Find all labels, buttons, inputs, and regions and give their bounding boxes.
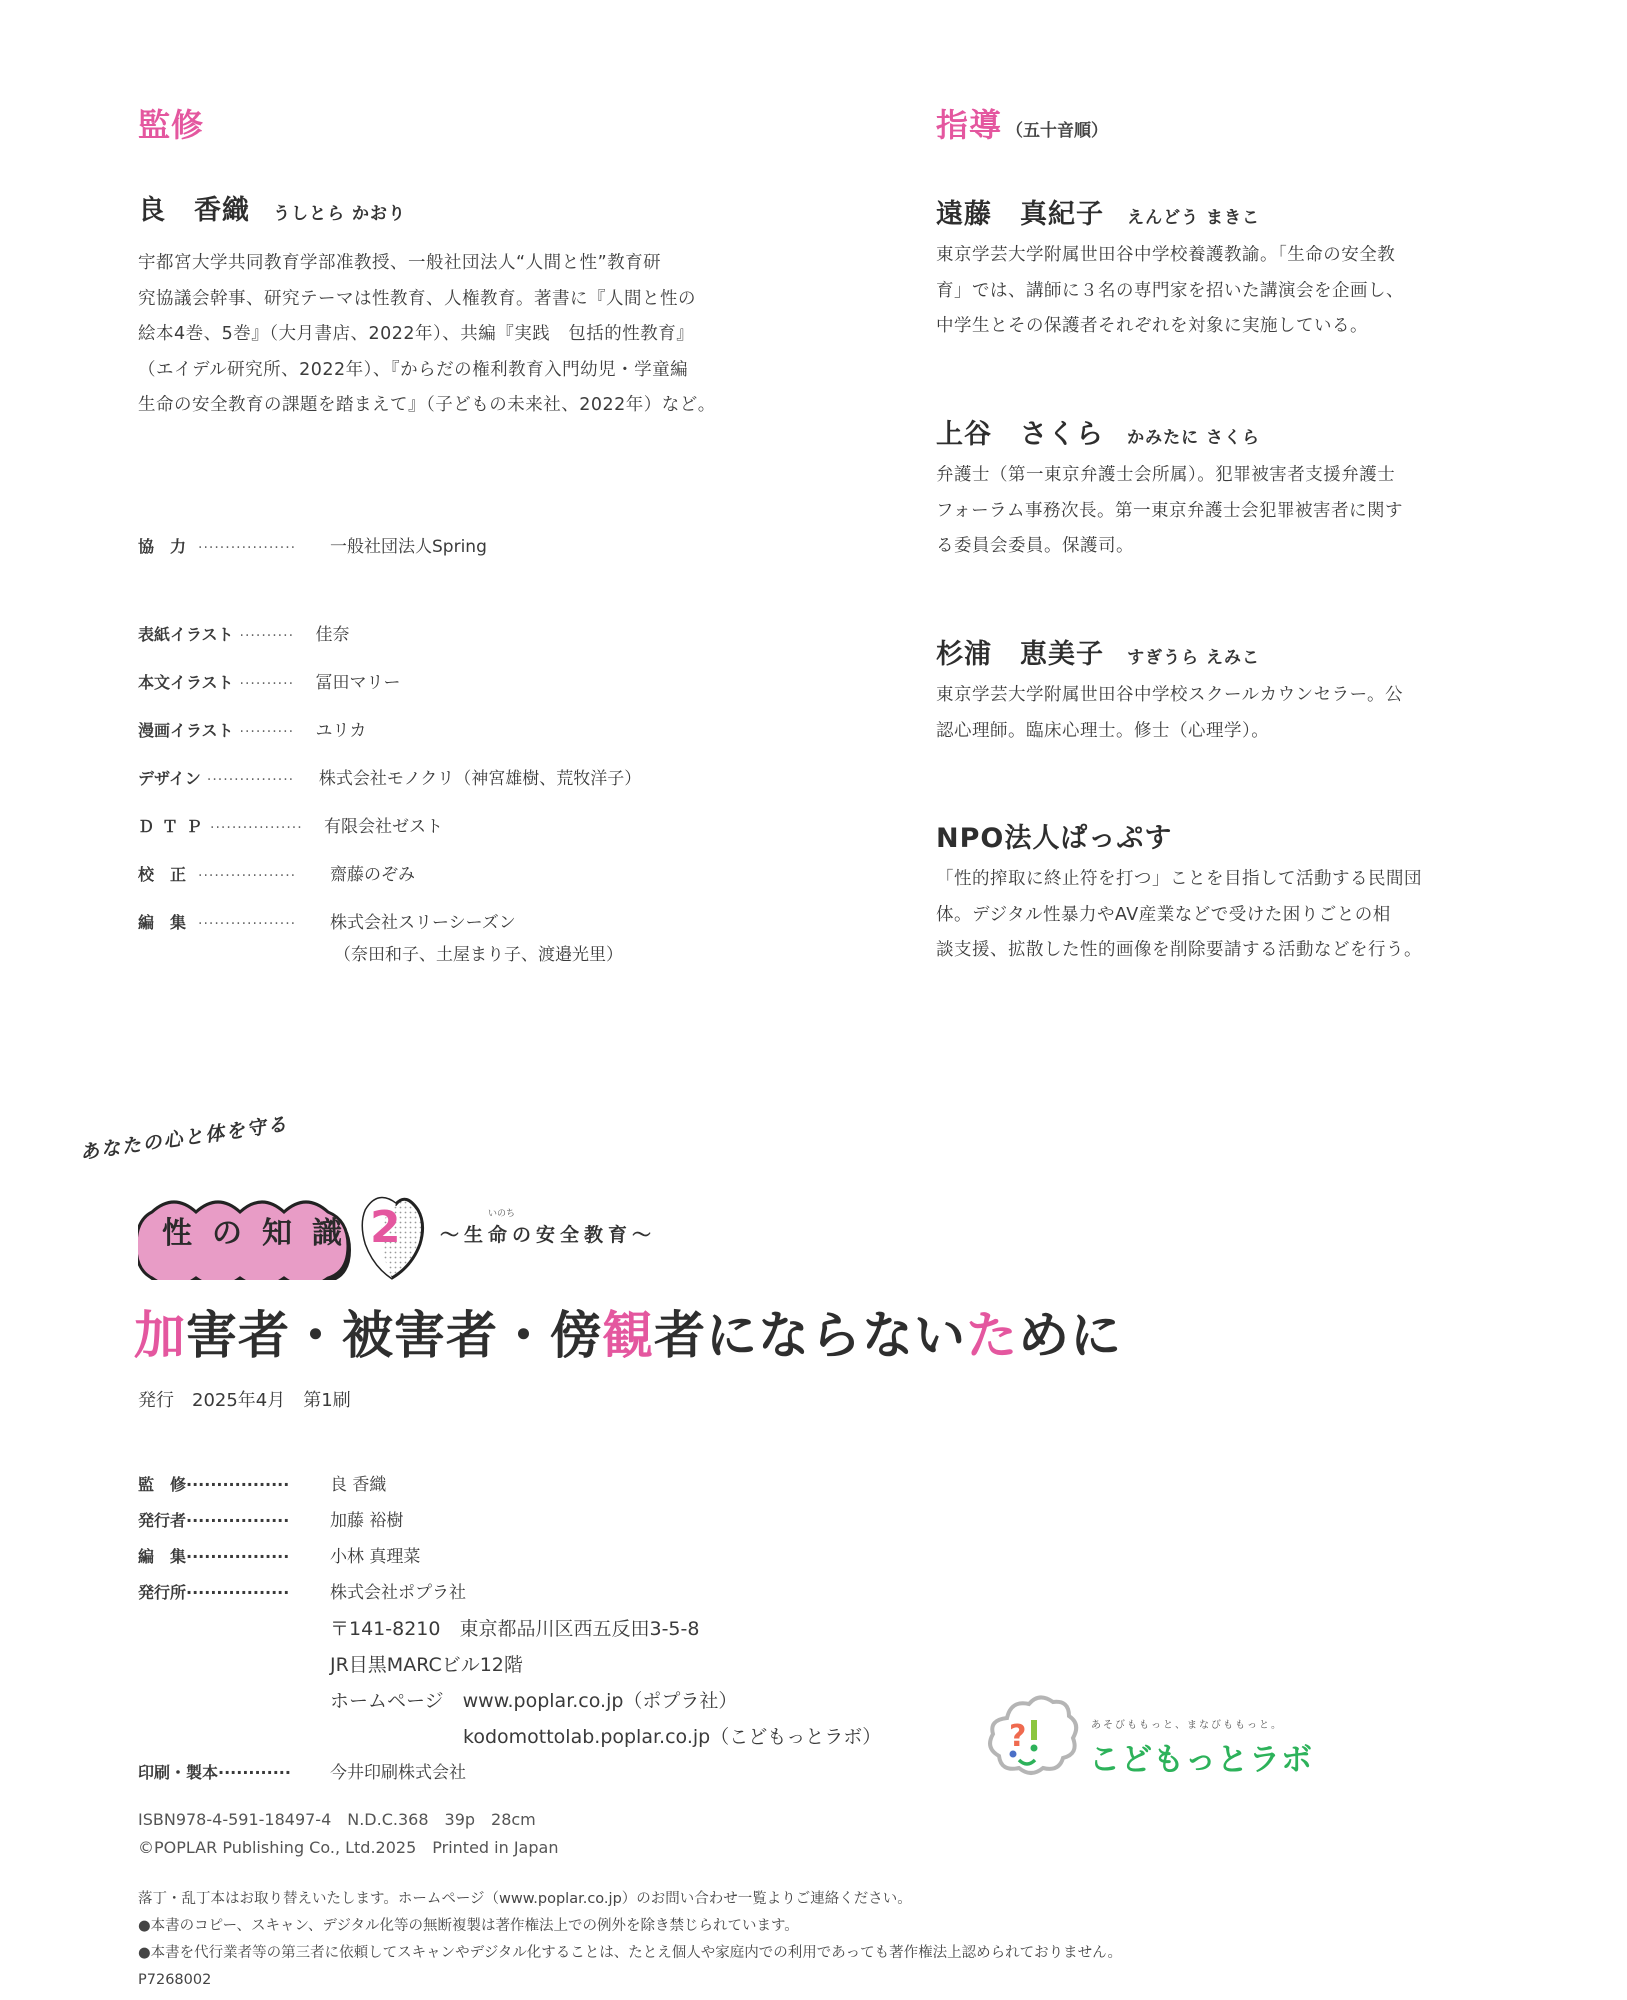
notice-line: ●本書を代行業者等の第三者に依頼してスキャンやデジタル化することは、たとえ個人や… — [138, 1940, 1588, 1967]
guidance-org-bio: 「性的搾取に終止符を打つ」ことを目指して活動する民間団 体。デジタル性暴力やAV… — [936, 862, 1576, 969]
cooperation-row: 協 力 ·················· 一般社団法人Spring — [138, 532, 487, 557]
series-subtitle-wrap: いのち 〜生命の安全教育〜 — [440, 1212, 656, 1247]
svg-text:?: ? — [1009, 1719, 1026, 1754]
guidance-heading: 指導 — [936, 106, 1002, 144]
colophon-address: 〒141-8210 東京都品川区西五反田3-5-8 — [330, 1614, 699, 1641]
credit-label: 校 正 — [138, 862, 198, 885]
isbn-line: ISBN978-4-591-18497-4 N.D.C.368 39p 28cm — [138, 1806, 536, 1833]
series-title-char: 知 — [262, 1208, 292, 1252]
notice-line: ●本書のコピー、スキャン、デジタル化等の無断複製は著作権法上での例外を除き禁じら… — [138, 1913, 1588, 1940]
colophon-value: 今井印刷株式会社 — [330, 1758, 466, 1783]
colophon-label: 監 修················· — [138, 1472, 330, 1495]
series-title-char: の — [212, 1208, 242, 1252]
guidance-person-name-row: 遠藤 真紀子 えんどう まきこ — [936, 192, 1260, 231]
colophon-value: 株式会社ポプラ社 — [330, 1578, 466, 1603]
credit-label: 編 集 — [138, 910, 198, 933]
credit-value: （奈田和子、土屋まり子、渡邉光里） — [334, 940, 623, 965]
credit-label: 本文イラスト — [138, 670, 234, 693]
bio-line: 宇都宮大学共同教育学部准教授、一般社団法人“人間と性”教育研 — [138, 246, 838, 282]
colophon-row: 編 集················· 小林 真理菜 — [138, 1542, 881, 1578]
credits-list: 表紙イラスト ·········· 佳奈 本文イラスト ·········· 冨… — [138, 620, 641, 965]
credit-row: 校 正 ·················· 齋藤のぞみ — [138, 860, 641, 908]
lab-cloud-icon: ? — [985, 1690, 1081, 1786]
credit-row: 表紙イラスト ·········· 佳奈 — [138, 620, 641, 668]
colophon-label: 編 集················· — [138, 1544, 330, 1567]
colophon-value: 加藤 裕樹 — [330, 1506, 403, 1531]
colophon: 監 修················· 良 香織 発行者···········… — [138, 1470, 881, 1794]
colophon-row: 印刷・製本············ 今井印刷株式会社 — [138, 1758, 881, 1794]
guidance-person-name-row: 上谷 さくら かみたに さくら — [936, 412, 1260, 451]
credit-row: ＤＴＰ ················· 有限会社ゼスト — [138, 812, 641, 860]
guidance-person-bio: 弁護士（第一東京弁護士会所属）。犯罪被害者支援弁護士 フォーラム事務次長。第一東… — [936, 458, 1576, 565]
supervisor-name-row: 良 香織 うしとら かおり — [138, 188, 406, 227]
series-title: 性 の 知 識 — [152, 1208, 352, 1252]
credit-label: 協 力 — [138, 534, 198, 557]
credit-value: ユリカ — [316, 716, 367, 741]
colophon-row: JR目黒MARCビル12階 — [138, 1650, 881, 1686]
credit-row: デザイン ················ 株式会社モノクリ（神宮雄樹、荒牧洋子… — [138, 764, 641, 812]
bio-line: 談支援、拡散した性的画像を削除要請する活動などを行う。 — [936, 933, 1576, 969]
colophon-value: 小林 真理菜 — [330, 1542, 420, 1567]
guidance-person-name: 杉浦 恵美子 — [936, 639, 1104, 670]
leader-dots: ·················· — [198, 868, 326, 884]
bio-line: 東京学芸大学附属世田谷中学校スクールカウンセラー。公 — [936, 678, 1576, 714]
series-tagline: あなたの心と体を守る — [78, 1109, 290, 1165]
credit-value: 冨田マリー — [316, 668, 401, 693]
bio-line: 認心理師。臨床心理士。修士（心理学）。 — [936, 714, 1576, 750]
colophon-row: ホームページ www.poplar.co.jp（ポプラ社） — [138, 1686, 881, 1722]
notice-line: 落丁・乱丁本はお取り替えいたします。ホームページ（www.poplar.co.j… — [138, 1886, 1588, 1913]
bio-line: （エイデル研究所、2022年）、『からだの権利教育入門幼児・学童編 — [138, 353, 838, 389]
bio-line: 弁護士（第一東京弁護士会所属）。犯罪被害者支援弁護士 — [936, 458, 1576, 494]
book-title-segment: めに — [1018, 1307, 1122, 1366]
colophon-row: kodomottolab.poplar.co.jp（こどもっとラボ） — [138, 1722, 881, 1758]
credit-label: 表紙イラスト — [138, 622, 234, 645]
guidance-org-name: NPO法人ぱっぷす — [936, 823, 1172, 854]
lab-name: こどもっとラボ — [1089, 1734, 1313, 1779]
bio-line: 「性的搾取に終止符を打つ」ことを目指して活動する民間団 — [936, 862, 1576, 898]
publication-info: 発行 2025年4月 第1刷 — [138, 1386, 351, 1412]
colophon-row: 〒141-8210 東京都品川区西五反田3-5-8 — [138, 1614, 881, 1650]
colophon-building: JR目黒MARCビル12階 — [330, 1650, 523, 1677]
guidance-person-kana: えんどう まきこ — [1127, 208, 1260, 228]
leader-dots: ················ — [207, 772, 315, 788]
credit-value: 株式会社スリーシーズン — [330, 908, 516, 933]
copyright-line: ©POPLAR Publishing Co., Ltd.2025 Printed… — [138, 1834, 558, 1861]
book-title-segment: た — [966, 1307, 1018, 1366]
credit-value: 有限会社ゼスト — [324, 812, 443, 837]
bio-line: る委員会委員。保護司。 — [936, 529, 1576, 565]
legal-notices: 落丁・乱丁本はお取り替えいたします。ホームページ（www.poplar.co.j… — [138, 1886, 1588, 1994]
credit-value: 佳奈 — [316, 620, 350, 645]
credit-row: 漫画イラスト ·········· ユリカ — [138, 716, 641, 764]
colophon-row: 発行所················· 株式会社ポプラ社 — [138, 1578, 881, 1614]
credit-row: 編 集 ·················· 株式会社スリーシーズン — [138, 908, 641, 940]
volume-number: 2 — [370, 1202, 401, 1253]
guidance-person-name: 遠藤 真紀子 — [936, 199, 1104, 230]
bio-line: 究協議会幹事、研究テーマは性教育、人権教育。著書に『人間と性の — [138, 282, 838, 318]
guidance-subheading: （五十音順） — [1006, 121, 1108, 141]
guidance-person-name-row: 杉浦 恵美子 すぎうら えみこ — [936, 632, 1260, 671]
book-title: 加害者・被害者・傍観者にならないために — [134, 1294, 1122, 1368]
bio-line: 育」では、講師に３名の専門家を招いた講演会を企画し、 — [936, 274, 1576, 310]
bio-line: フォーラム事務次長。第一東京弁護士会犯罪被害者に関す — [936, 494, 1576, 530]
bio-line: 中学生とその保護者それぞれを対象に実施している。 — [936, 309, 1576, 345]
credit-label: ＤＴＰ — [138, 814, 210, 837]
book-title-segment: 害者・被害者・傍 — [186, 1307, 602, 1366]
colophon-label: 発行所················· — [138, 1580, 330, 1603]
book-title-segment: 者にならない — [654, 1307, 966, 1366]
series-logo: 性 の 知 識 2 — [138, 1190, 448, 1280]
supervisor-name: 良 香織 — [138, 195, 250, 226]
leader-dots: ················· — [210, 820, 320, 836]
colophon-row: 発行者················· 加藤 裕樹 — [138, 1506, 881, 1542]
credit-row: 本文イラスト ·········· 冨田マリー — [138, 668, 641, 716]
leader-dots: ·········· — [240, 676, 312, 692]
guidance-person-name: 上谷 さくら — [936, 419, 1104, 450]
supervisor-kana: うしとら かおり — [273, 204, 406, 224]
guidance-person-kana: すぎうら えみこ — [1127, 648, 1260, 668]
book-title-segment: 加 — [134, 1307, 186, 1366]
leader-dots: ·················· — [198, 540, 326, 556]
supervision-heading: 監修 — [138, 100, 204, 146]
product-code: P7268002 — [138, 1967, 1588, 1994]
credit-value: 齋藤のぞみ — [330, 860, 415, 885]
colophon-homepage-link[interactable]: ホームページ www.poplar.co.jp（ポプラ社） — [330, 1686, 737, 1713]
colophon-row: 監 修················· 良 香織 — [138, 1470, 881, 1506]
bio-line: 絵本4巻、5巻』（大月書店、2022年）、共編『実践 包括的性教育』 — [138, 317, 838, 353]
supervision-section: 監修 — [138, 100, 204, 146]
credit-value: 一般社団法人Spring — [330, 532, 487, 557]
guidance-person-kana: かみたに さくら — [1127, 428, 1260, 448]
guidance-org-name-row: NPO法人ぱっぷす — [936, 816, 1172, 855]
leader-dots: ·········· — [240, 724, 312, 740]
book-title-segment: 観 — [602, 1307, 654, 1366]
series-subtitle: 〜生命の安全教育〜 — [440, 1212, 656, 1247]
credit-label: デザイン — [138, 766, 201, 789]
colophon-label: 印刷・製本············ — [138, 1760, 330, 1783]
credit-value: 株式会社モノクリ（神宮雄樹、荒牧洋子） — [319, 764, 641, 789]
lab-tagline: あそびももっと、まなびももっと。 — [1091, 1716, 1283, 1731]
series-title-char: 性 — [162, 1208, 192, 1252]
bio-line: 体。デジタル性暴力やAV産業などで受けた困りごとの相 — [936, 898, 1576, 934]
series-title-char: 識 — [312, 1208, 342, 1252]
kodomotto-lab-logo: ? あそびももっと、まなびももっと。 こどもっとラボ — [985, 1690, 1285, 1786]
colophon-label: 発行者················· — [138, 1508, 330, 1531]
guidance-person-bio: 東京学芸大学附属世田谷中学校養護教諭。「生命の安全教 育」では、講師に３名の専門… — [936, 238, 1576, 345]
leader-dots: ·················· — [198, 916, 326, 932]
credit-label: 漫画イラスト — [138, 718, 234, 741]
guidance-person-bio: 東京学芸大学附属世田谷中学校スクールカウンセラー。公 認心理師。臨床心理士。修士… — [936, 678, 1576, 749]
colophon-value: 良 香織 — [330, 1470, 386, 1495]
bio-line: 生命の安全教育の課題を踏まえて』（子どもの未来社、2022年）など。 — [138, 388, 838, 424]
guidance-section-header: 指導（五十音順） — [936, 100, 1108, 146]
supervisor-bio: 宇都宮大学共同教育学部准教授、一般社団法人“人間と性”教育研 究協議会幹事、研究… — [138, 246, 838, 424]
bio-line: 東京学芸大学附属世田谷中学校養護教諭。「生命の安全教 — [936, 238, 1576, 274]
credit-row-continuation: （奈田和子、土屋まり子、渡邉光里） — [138, 940, 641, 965]
leader-dots: ·········· — [240, 628, 312, 644]
furigana: いのち — [488, 1206, 515, 1219]
colophon-lab-link[interactable]: kodomottolab.poplar.co.jp（こどもっとラボ） — [330, 1722, 881, 1749]
